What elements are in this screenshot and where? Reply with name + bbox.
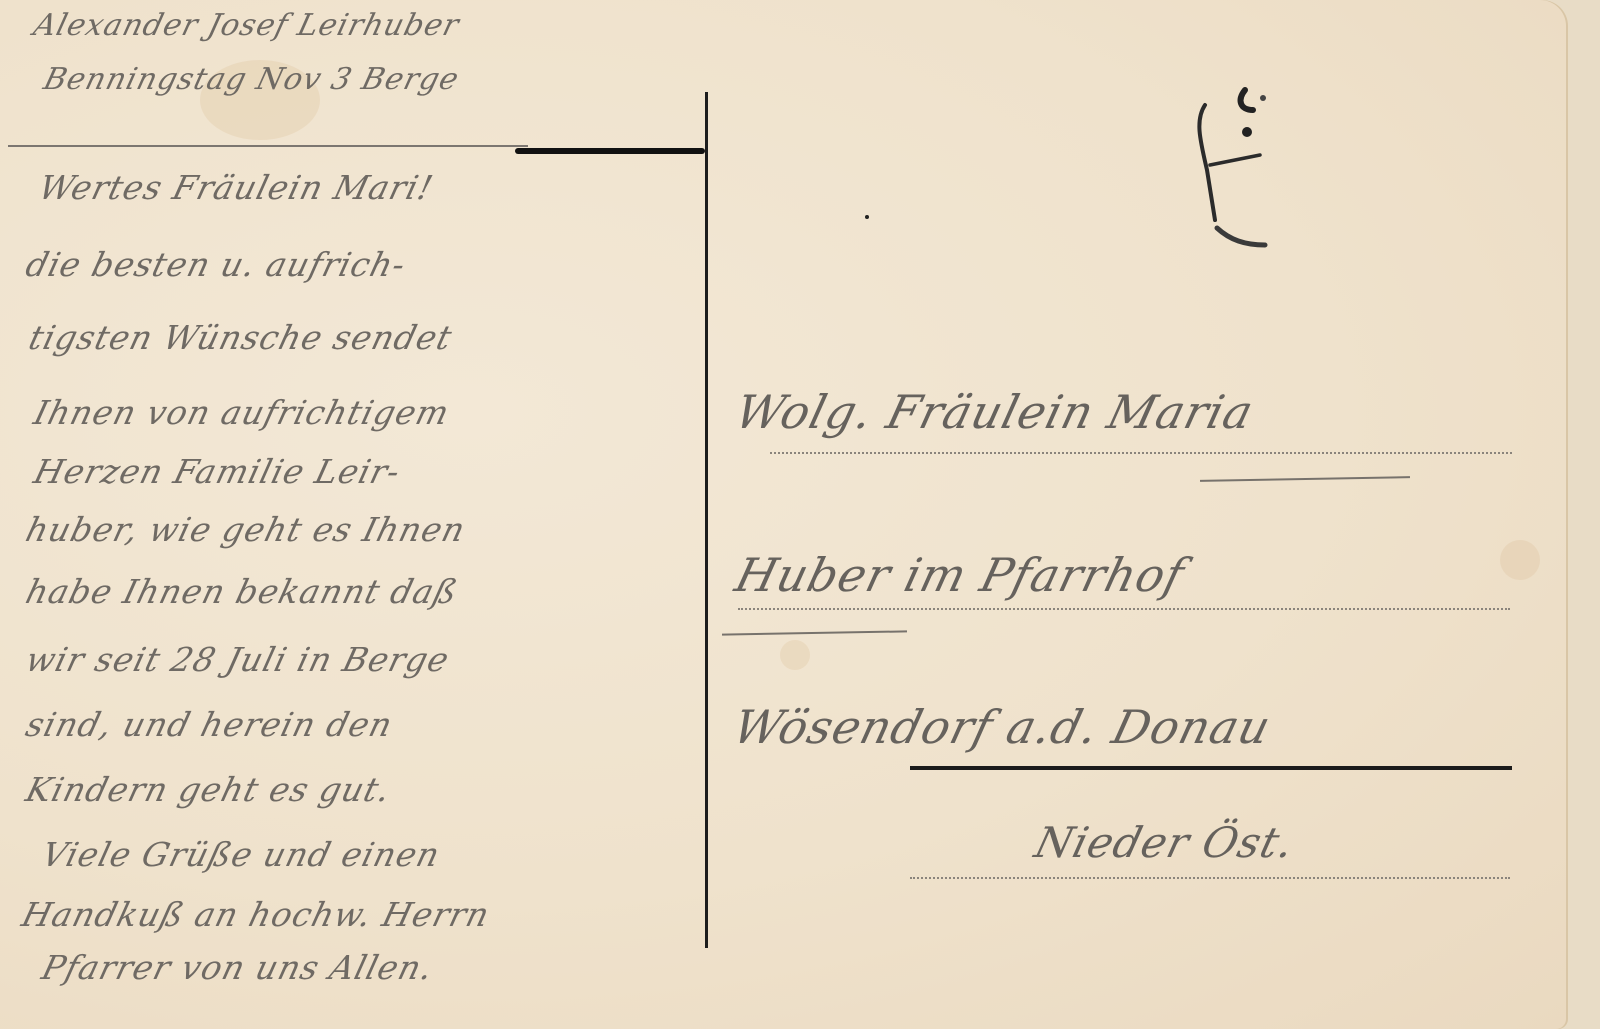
address-line-2 — [738, 608, 1510, 610]
paper-stain — [780, 640, 810, 670]
message-line: Wertes Fräulein Mari! — [35, 168, 438, 207]
address-line-4 — [910, 877, 1510, 879]
recipient-region: Nieder Öst. — [1030, 818, 1300, 867]
recipient-underline — [722, 630, 907, 635]
message-line: tigsten Wünsche sendet — [25, 318, 457, 357]
message-line: Viele Grüße und einen — [38, 835, 444, 874]
message-line: Handkuß an hochw. Herrn — [18, 895, 494, 934]
sender-location: Benningstag Nov 3 Berge — [40, 62, 463, 97]
sender-name: Alexander Josef Leirhuber — [30, 8, 463, 43]
recipient-location: Huber im Pfarrhof — [730, 548, 1190, 602]
recipient-town: Wösendorf a.d. Donau — [728, 700, 1277, 754]
pencil-mark-icon — [1185, 80, 1275, 250]
message-line: Pfarrer von uns Allen. — [38, 948, 438, 987]
ink-dot — [865, 215, 869, 219]
card-divider — [705, 92, 708, 948]
message-line: habe Ihnen bekannt daß — [22, 572, 462, 611]
message-line: huber, wie geht es Ihnen — [22, 510, 470, 549]
header-rule-ink — [515, 148, 705, 154]
paper-stain — [1500, 540, 1540, 580]
header-rule — [8, 145, 528, 147]
message-line: Herzen Familie Leir- — [30, 452, 405, 491]
message-line: die besten u. aufrich- — [22, 245, 410, 284]
address-line-1 — [770, 452, 1512, 454]
message-line: sind, und herein den — [22, 705, 397, 744]
recipient-underline — [1200, 476, 1410, 482]
address-line-3 — [910, 766, 1512, 770]
message-line: Kindern geht es gut. — [22, 770, 395, 809]
recipient-name: Wolg. Fräulein Maria — [730, 385, 1259, 439]
message-line: wir seit 28 Juli in Berge — [22, 640, 454, 679]
message-line: Ihnen von aufrichtigem — [30, 393, 454, 432]
postcard-back: Alexander Josef Leirhuber Benningstag No… — [0, 0, 1568, 1029]
